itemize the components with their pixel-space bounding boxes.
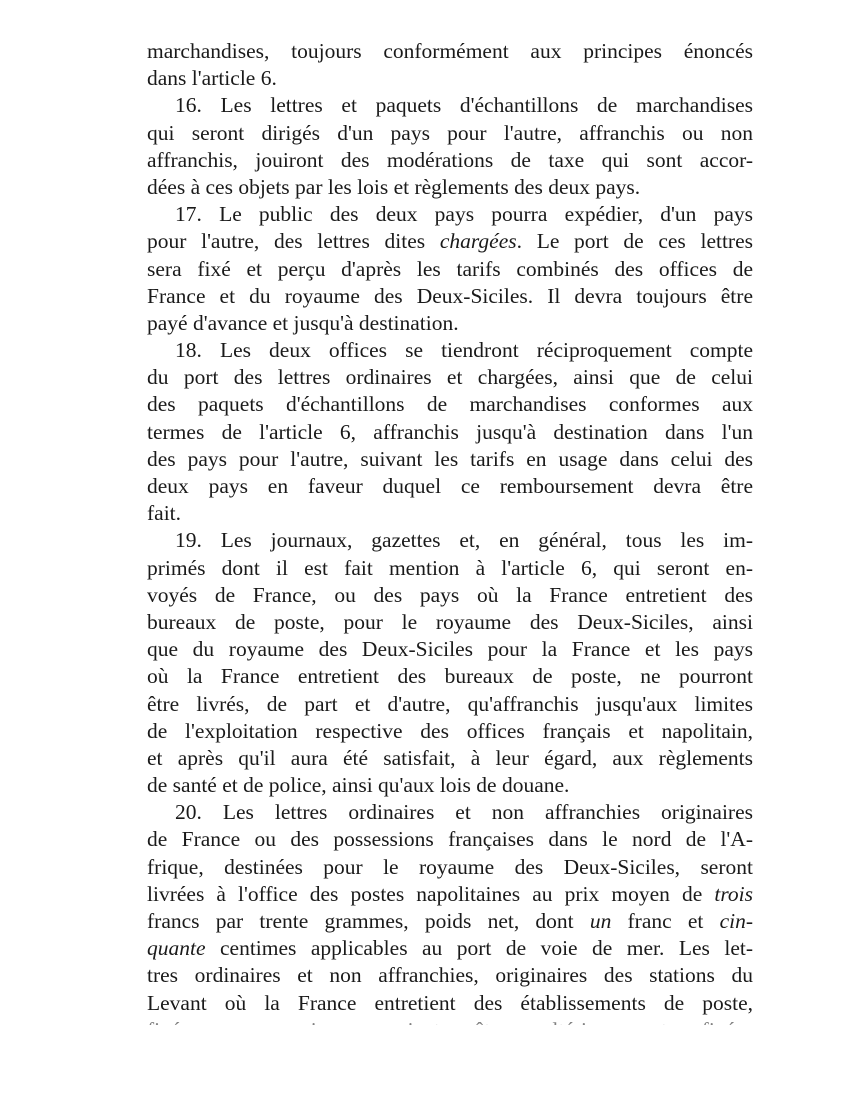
text-line: Levant où la France entretient des établ… — [147, 990, 753, 1017]
text-line: des paquets d'échantillons de marchandis… — [147, 391, 753, 418]
text-line: livrées à l'office des postes napolitain… — [147, 881, 753, 908]
cut-off-line: fixées ou qui pourraient être ultérieure… — [147, 1017, 753, 1025]
text-line: où la France entretient des bureaux de p… — [147, 663, 753, 690]
text-line: termes de l'article 6, affranchis jusqu'… — [147, 419, 753, 446]
article-number: 20. — [175, 800, 223, 824]
text-line: dans l'article 6. — [147, 65, 753, 92]
italic-term: quante — [147, 936, 206, 960]
text-line: francs par trente grammes, poids net, do… — [147, 908, 753, 935]
scanned-page-text: marchandises, toujours conformément aux … — [147, 38, 753, 1025]
text-line: et après qu'il aura été satisfait, à leu… — [147, 745, 753, 772]
article-continuation: marchandises, toujours conformément aux … — [147, 38, 753, 92]
italic-term: chargées — [440, 229, 517, 253]
text-line: primés dont il est fait mention à l'arti… — [147, 555, 753, 582]
text-line: sera fixé et perçu d'après les tarifs co… — [147, 256, 753, 283]
text-line: qui seront dirigés d'un pays pour l'autr… — [147, 120, 753, 147]
article-number: 18. — [175, 338, 220, 362]
italic-term: un — [590, 909, 612, 933]
article-number: 17. — [175, 202, 219, 226]
text-line: frique, destinées pour le royaume des De… — [147, 854, 753, 881]
text-line: de l'exploitation respective des offices… — [147, 718, 753, 745]
text-line: de France ou des possessions françaises … — [147, 826, 753, 853]
text-line: France et du royaume des Deux-Siciles. I… — [147, 283, 753, 310]
article-number: 16. — [175, 93, 221, 117]
italic-term: cin- — [720, 909, 753, 933]
text-line: voyés de France, ou des pays où la Franc… — [147, 582, 753, 609]
text-line: 17. Le public des deux pays pourra expéd… — [147, 201, 753, 228]
text-line: 20. Les lettres ordinaires et non affran… — [147, 799, 753, 826]
article-number: 19. — [175, 528, 221, 552]
text-line: de santé et de police, ainsi qu'aux lois… — [147, 772, 753, 799]
text-line: marchandises, toujours conformément aux … — [147, 38, 753, 65]
text-line: être livrés, de part et d'autre, qu'affr… — [147, 691, 753, 718]
text-line: affranchis, jouiront des modérations de … — [147, 147, 753, 174]
text-line: pour l'autre, des lettres dites chargées… — [147, 228, 753, 255]
text-line: 18. Les deux offices se tiendront récipr… — [147, 337, 753, 364]
text-line: fait. — [147, 500, 753, 527]
article-18: 18. Les deux offices se tiendront récipr… — [147, 337, 753, 527]
text-line: du port des lettres ordinaires et chargé… — [147, 364, 753, 391]
text-line: bureaux de poste, pour le royaume des De… — [147, 609, 753, 636]
article-19: 19. Les journaux, gazettes et, en généra… — [147, 527, 753, 799]
text-line: dées à ces objets par les lois et règlem… — [147, 174, 753, 201]
italic-term: trois — [714, 882, 753, 906]
text-line: quante centimes applicables au port de v… — [147, 935, 753, 962]
article-20: 20. Les lettres ordinaires et non affran… — [147, 799, 753, 1017]
text-line: des pays pour l'autre, suivant les tarif… — [147, 446, 753, 473]
text-line: 16. Les lettres et paquets d'échantillon… — [147, 92, 753, 119]
text-line: 19. Les journaux, gazettes et, en généra… — [147, 527, 753, 554]
article-17: 17. Le public des deux pays pourra expéd… — [147, 201, 753, 337]
text-line: que du royaume des Deux-Siciles pour la … — [147, 636, 753, 663]
text-line: tres ordinaires et non affranchies, orig… — [147, 962, 753, 989]
text-line: payé d'avance et jusqu'à destination. — [147, 310, 753, 337]
text-line: deux pays en faveur duquel ce remboursem… — [147, 473, 753, 500]
article-16: 16. Les lettres et paquets d'échantillon… — [147, 92, 753, 201]
